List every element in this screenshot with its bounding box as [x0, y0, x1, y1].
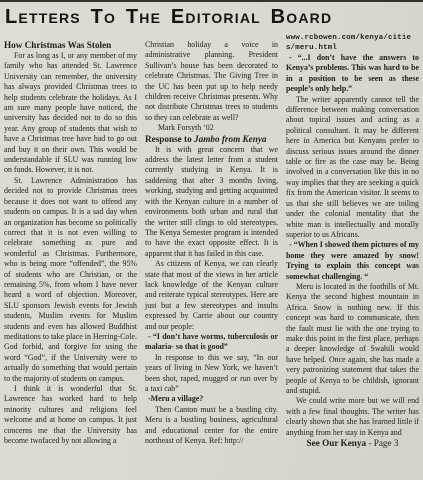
letter-heading: Response to Jambo from Kenya	[145, 134, 278, 145]
column-left: How Christmas Was StolenFor as long as I…	[4, 33, 137, 446]
letter-heading: How Christmas Was Stolen	[4, 40, 137, 51]
column-right: www.rcbowen.com/kenya/cities/meru.html- …	[286, 33, 419, 448]
quote-subhead: - “...I don’t have the answers to Kenya’…	[286, 53, 419, 95]
paragraph: For as long as I, or any member of my fa…	[4, 51, 137, 176]
reference-url: www.rcbowen.com/kenya/cities/meru.html	[286, 33, 419, 53]
paragraph: It is with great concern that we address…	[145, 145, 278, 259]
quote-subhead: - “When I showed them pictures of my hom…	[286, 240, 419, 282]
paragraph: I think it is wonderful that St. Lawrenc…	[4, 384, 137, 446]
paragraph: St. Lawrence Administration has decided …	[4, 176, 137, 384]
paragraph: Then Canton must be a bustling city. Mer…	[145, 405, 278, 447]
letters-columns: How Christmas Was StolenFor as long as I…	[4, 33, 419, 448]
paragraph: We could write more but we will end with…	[286, 396, 419, 438]
paragraph: As citizens of Kenya, we can clearly sta…	[145, 259, 278, 332]
page-title: Letters To The Editorial Board	[5, 6, 419, 29]
signature: Mark Forsyth ‘02	[145, 123, 278, 133]
paragraph: Meru is located in the foothills of Mt. …	[286, 282, 419, 396]
newspaper-page: Letters To The Editorial Board How Chris…	[0, 0, 423, 480]
quote-subhead: - “I don’t have worms, tuberculosis or m…	[145, 332, 278, 353]
column-middle: Christian holiday a voice in administrat…	[145, 33, 278, 446]
paragraph: The writer apparently cannot tell the di…	[286, 95, 419, 241]
quote-subhead: -Meru a village?	[145, 394, 278, 404]
paragraph: In response to this we say, “In our year…	[145, 353, 278, 395]
jump-line: See Our Kenya - Page 3	[286, 438, 419, 448]
paragraph: Christian holiday a voice in administrat…	[145, 40, 278, 123]
